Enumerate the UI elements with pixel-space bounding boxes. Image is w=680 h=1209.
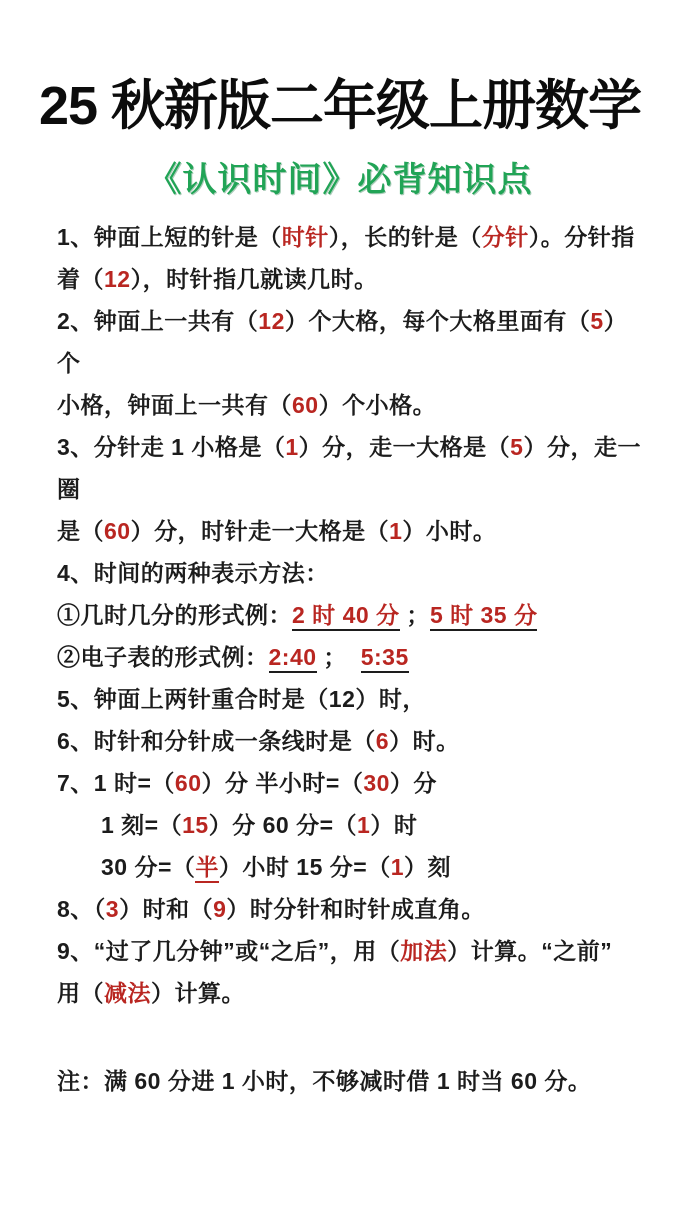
text-segment: 5: [510, 434, 523, 460]
text-segment: 1: [285, 434, 298, 460]
text-segment: ）小时 15 分=（: [219, 854, 391, 880]
text-segment: 60: [104, 518, 131, 544]
text-segment: ）计算。“之前”: [447, 938, 612, 964]
text-segment: ）。分针指: [529, 224, 635, 250]
text-segment: 2、钟面上一共有（: [57, 308, 258, 334]
page-subtitle: 《认识时间》必背知识点: [0, 160, 680, 200]
text-segment: ），长的针是（: [329, 224, 482, 250]
text-line: 5、钟面上两针重合时是（12）时，: [57, 678, 650, 720]
text-segment: 30: [363, 770, 390, 796]
text-segment: ）计算。: [151, 980, 245, 1006]
text-segment: ）时: [370, 812, 417, 838]
page: 25 秋新版二年级上册数学 《认识时间》必背知识点 1、钟面上短的针是（时针），…: [0, 0, 680, 1209]
text-segment: 1: [391, 854, 404, 880]
text-segment: 4、时间的两种表示方法：: [57, 560, 329, 586]
text-segment: 2:40: [269, 644, 317, 673]
content-lines: 1、钟面上短的针是（时针），长的针是（分针）。分针指着（12），时针指几就读几时…: [0, 216, 680, 1014]
text-segment: ）分，时针走一大格是（: [131, 518, 390, 544]
text-segment: 着（: [57, 266, 104, 292]
text-segment: 9: [213, 896, 226, 922]
text-line: 1、钟面上短的针是（时针），长的针是（分针）。分针指: [57, 216, 650, 258]
text-segment: 1 刻=（: [101, 812, 182, 838]
text-segment: ）时和（: [119, 896, 213, 922]
text-segment: ）时分针和时针成直角。: [226, 896, 485, 922]
text-segment: 3: [106, 896, 119, 922]
text-segment: ②电子表的形式例：: [57, 644, 269, 670]
text-segment: 用（: [57, 980, 104, 1006]
text-segment: 60: [292, 392, 319, 418]
text-segment: 5: [590, 308, 603, 334]
text-line: 着（12），时针指几就读几时。: [57, 258, 650, 300]
text-segment: 6: [376, 728, 389, 754]
text-segment: 注：满 60 分进 1 小时，不够减时借 1 时当 60 分。: [57, 1068, 591, 1094]
text-segment: 半: [195, 854, 219, 883]
text-segment: 分针: [482, 224, 529, 250]
text-line: 30 分=（半）小时 15 分=（1）刻: [57, 846, 650, 888]
text-segment: 7、1 时=（: [57, 770, 175, 796]
text-segment: 12: [258, 308, 285, 334]
text-segment: 5:35: [361, 644, 409, 673]
text-segment: ）个大格，每个大格里面有（: [285, 308, 591, 334]
text-segment: 小格，钟面上一共有（: [57, 392, 292, 418]
text-segment: 减法: [104, 980, 151, 1006]
text-line: ②电子表的形式例：2:40 ； 5:35: [57, 636, 650, 678]
text-line: 9、“过了几分钟”或“之后”，用（加法）计算。“之前”: [57, 930, 650, 972]
text-segment: 2 时 40 分: [292, 602, 400, 631]
text-line: 小格，钟面上一共有（60）个小格。: [57, 384, 650, 426]
text-line: 1 刻=（15）分 60 分=（1）时: [57, 804, 650, 846]
text-segment: ）小时。: [402, 518, 496, 544]
text-segment: 1: [357, 812, 370, 838]
text-segment: ）分 半小时=（: [202, 770, 364, 796]
text-segment: ；: [400, 602, 430, 628]
text-line: 用（减法）计算。: [57, 972, 650, 1014]
text-segment: 是（: [57, 518, 104, 544]
text-line: 是（60）分，时针走一大格是（1）小时。: [57, 510, 650, 552]
page-title: 25 秋新版二年级上册数学: [0, 0, 680, 138]
text-segment: ），时针指几就读几时。: [131, 266, 378, 292]
text-segment: ）个小格。: [319, 392, 437, 418]
text-segment: 60: [175, 770, 202, 796]
text-segment: 5 时 35 分: [430, 602, 538, 631]
text-segment: 5、钟面上两针重合时是（12）时，: [57, 686, 426, 712]
note-line: 注：满 60 分进 1 小时，不够减时借 1 时当 60 分。: [0, 1060, 680, 1102]
text-segment: ）分: [390, 770, 437, 796]
text-segment: 时针: [282, 224, 329, 250]
text-segment: 1: [389, 518, 402, 544]
text-segment: 3、分针走 1 小格是（: [57, 434, 285, 460]
text-segment: ）时。: [389, 728, 460, 754]
text-segment: 30 分=（: [101, 854, 195, 880]
text-segment: ）分，走一大格是（: [299, 434, 511, 460]
text-line: 4、时间的两种表示方法：: [57, 552, 650, 594]
text-segment: 1、钟面上短的针是（: [57, 224, 282, 250]
text-segment: ；: [317, 644, 361, 670]
text-line: 2、钟面上一共有（12）个大格，每个大格里面有（5）个: [57, 300, 650, 384]
text-line: 7、1 时=（60）分 半小时=（30）分: [57, 762, 650, 804]
text-segment: 9、“过了几分钟”或“之后”，用（: [57, 938, 400, 964]
text-line: 8、（3）时和（9）时分针和时针成直角。: [57, 888, 650, 930]
text-line: 6、时针和分针成一条线时是（6）时。: [57, 720, 650, 762]
text-segment: 15: [182, 812, 209, 838]
text-line: 3、分针走 1 小格是（1）分，走一大格是（5）分，走一圈: [57, 426, 650, 510]
text-segment: 加法: [400, 938, 447, 964]
text-segment: 8、（: [57, 896, 106, 922]
text-segment: ）刻: [404, 854, 451, 880]
text-segment: ①几时几分的形式例：: [57, 602, 292, 628]
text-segment: 12: [104, 266, 131, 292]
text-segment: 6、时针和分针成一条线时是（: [57, 728, 376, 754]
text-segment: ）分 60 分=（: [209, 812, 357, 838]
text-line: ①几时几分的形式例：2 时 40 分 ；5 时 35 分: [57, 594, 650, 636]
